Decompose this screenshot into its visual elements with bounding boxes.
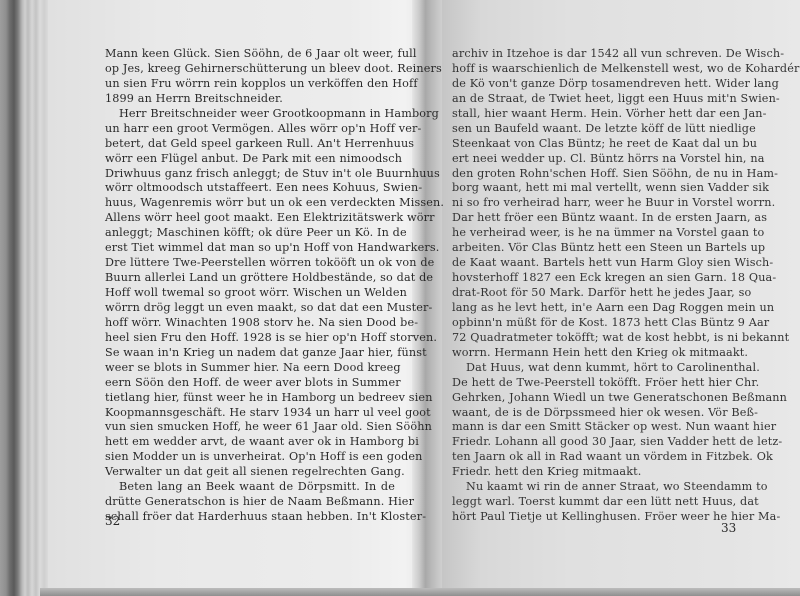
text-line: mann is dar een Smitt Stäcker op west. N… xyxy=(452,420,742,435)
page-number-right: 33 xyxy=(721,521,736,535)
text-line: ert neei wedder up. Cl. Büntz hörrs na V… xyxy=(452,152,742,167)
text-line: he verheirad weer, is he na ümmer na Vor… xyxy=(452,226,742,241)
text-line: heel sien Fru den Hoff. 1928 is se hier … xyxy=(105,331,395,346)
text-line: archiv in Itzehoe is dar 1542 all vun sc… xyxy=(452,47,742,62)
text-line: Verwalter un dat geit all sienen regelre… xyxy=(105,465,395,480)
text-line: Dar hett fröer een Büntz waant. In de er… xyxy=(452,211,742,226)
text-line: Beten lang an Beek waant de Dörpsmitt. I… xyxy=(105,480,395,495)
text-line: hoff is waarschienlich de Melkenstell we… xyxy=(452,62,742,77)
text-line: hovsterhoff 1827 een Eck kregen an sien … xyxy=(452,271,742,286)
text-line: 1899 an Herrn Breitschneider. xyxy=(105,92,395,107)
text-line: un sien Fru wörrn rein kopplos un verköf… xyxy=(105,77,395,92)
text-line: stall, hier waant Herm. Hein. Vörher het… xyxy=(452,107,742,122)
text-line: Allens wörr heel goot maakt. Een Elektri… xyxy=(105,211,395,226)
text-line: Gehrken, Johann Wiedl un twe Generatscho… xyxy=(452,391,742,406)
text-line: wörr een Flügel anbut. De Park mit een n… xyxy=(105,152,395,167)
text-line: op Jes, kreeg Gehirnerschütterung un ble… xyxy=(105,62,395,77)
text-line: borg waant, hett mi mal vertellt, wenn s… xyxy=(452,181,742,196)
text-line: anleggt; Maschinen köfft; ok düre Peer u… xyxy=(105,226,395,241)
text-line: ni so fro verheirad harr, weer he Buur i… xyxy=(452,196,742,211)
text-line: leggt warl. Toerst kummt dar een lütt ne… xyxy=(452,495,742,510)
text-line: wörr oltmoodsch utstaffeert. Een nees Ko… xyxy=(105,181,395,196)
text-line: sen un Baufeld waant. De letzte köff de … xyxy=(452,122,742,137)
text-line: De hett de Twe-Peerstell toköfft. Fröer … xyxy=(452,376,742,391)
text-line: Se waan in'n Krieg un nadem dat ganze Ja… xyxy=(105,346,395,361)
text-line: lang as he levt hett, in'e Aarn een Dag … xyxy=(452,301,742,316)
text-line: waant, de is de Dörpssmeed hier ok wesen… xyxy=(452,406,742,421)
text-line: sien Modder un is unverheirat. Op'n Hoff… xyxy=(105,450,395,465)
text-line: betert, dat Geld speel garkeen Rull. An'… xyxy=(105,137,395,152)
right-page-text: archiv in Itzehoe is dar 1542 all vun sc… xyxy=(452,47,742,525)
text-line: Mann keen Glück. Sien Sööhn, de 6 Jaar o… xyxy=(105,47,395,62)
text-line: hört Paul Tietje ut Kellinghusen. Fröer … xyxy=(452,510,742,525)
text-line: den groten Rohn'schen Hoff. Sien Sööhn, … xyxy=(452,167,742,182)
text-line: 72 Quadratmeter toköfft; wat de kost heb… xyxy=(452,331,742,346)
text-line: drat-Root för 50 Mark. Darför hett he je… xyxy=(452,286,742,301)
text-line: de Kaat waant. Bartels hett vun Harm Glo… xyxy=(452,256,742,271)
page-number-left: 32 xyxy=(105,514,120,528)
text-line: Hoff woll twemal so groot wörr. Wischen … xyxy=(105,286,395,301)
text-line: Herr Breitschneider weer Grootkoopmann i… xyxy=(105,107,395,122)
text-line: Nu kaamt wi rin de anner Straat, wo Stee… xyxy=(452,480,742,495)
text-line: un harr een groot Vermögen. Alles wörr o… xyxy=(105,122,395,137)
text-line: Friedr. hett den Krieg mitmaakt. xyxy=(452,465,742,480)
text-line: Steenkaat von Clas Büntz; he reet de Kaa… xyxy=(452,137,742,152)
text-line: hett em wedder arvt, de waant aver ok in… xyxy=(105,435,395,450)
text-line: Buurn allerlei Land un gröttere Holdbest… xyxy=(105,271,395,286)
text-line: Driwhuus ganz frisch anleggt; de Stuv in… xyxy=(105,167,395,182)
text-line: vun sien smucken Hoff, he weer 61 Jaar o… xyxy=(105,420,395,435)
page-edge-stack xyxy=(0,0,50,596)
text-line: hoff wörr. Winachten 1908 storv he. Na s… xyxy=(105,316,395,331)
book-spread: Mann keen Glück. Sien Sööhn, de 6 Jaar o… xyxy=(0,0,800,596)
text-line: tietlang hier, fünst weer he in Hamborg … xyxy=(105,391,395,406)
text-line: arbeiten. Vör Clas Büntz hett een Steen … xyxy=(452,241,742,256)
text-line: an de Straat, de Twiet heet, liggt een H… xyxy=(452,92,742,107)
text-line: de Kö von't ganze Dörp tosamendreven het… xyxy=(452,77,742,92)
text-line: worrn. Hermann Hein hett den Krieg ok mi… xyxy=(452,346,742,361)
text-line: schall fröer dat Harderhuus staan hebben… xyxy=(105,510,395,525)
text-line: ten Jaarn ok all in Rad waant un vördem … xyxy=(452,450,742,465)
text-line: Dat Huus, wat denn kummt, hört to Caroli… xyxy=(452,361,742,376)
text-line: erst Tiet wimmel dat man so up'n Hoff vo… xyxy=(105,241,395,256)
left-page-text: Mann keen Glück. Sien Sööhn, de 6 Jaar o… xyxy=(105,47,395,525)
text-line: weer se blots in Summer hier. Na eern Do… xyxy=(105,361,395,376)
text-line: Friedr. Lohann all good 30 Jaar, sien Va… xyxy=(452,435,742,450)
text-line: huus, Wagenremis wörr but un ok een verd… xyxy=(105,196,395,211)
text-line: wörrn drög leggt un even maakt, so dat d… xyxy=(105,301,395,316)
text-line: drütte Generatschon is hier de Naam Beßm… xyxy=(105,495,395,510)
text-line: Dre lüttere Twe-Peerstellen wörren toköö… xyxy=(105,256,395,271)
bottom-shadow xyxy=(40,588,800,596)
text-line: eern Söön den Hoff. de weer aver blots i… xyxy=(105,376,395,391)
text-line: Koopmannsgeschäft. He starv 1934 un harr… xyxy=(105,406,395,421)
text-line: opbinn'n müßt för de Kost. 1873 hett Cla… xyxy=(452,316,742,331)
